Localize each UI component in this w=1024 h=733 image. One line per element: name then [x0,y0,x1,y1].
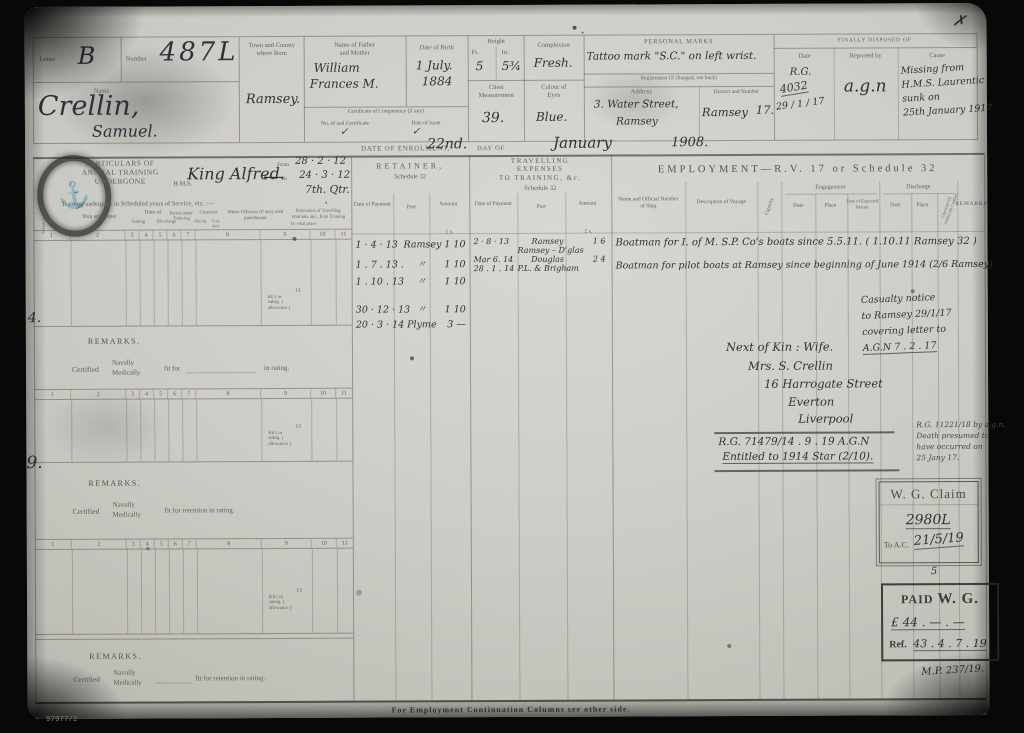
enrolment-year: 1908. [671,135,708,150]
allowance-text-2: subsg. ) [268,436,283,441]
retainer-amount: 1 10 [440,259,466,270]
allowance-text-1: Kit ( or [269,595,283,600]
casualty-line-3: covering letter to [862,324,946,338]
grid-line [155,550,156,634]
retainer-port: Ramsey [403,239,439,250]
retainer-date: 1 . 7 . 13 . [356,259,404,270]
grid-line [140,400,141,462]
fit-for-label-1: fit for [164,364,180,372]
letter-value: B [78,42,96,70]
column-number: 6 [169,539,183,548]
navally-label-1: Navally [112,359,134,367]
father-value: William [314,61,360,75]
travelling-col-amount: Amount [569,201,605,208]
grid-line [262,549,263,633]
certificate-sub-2: Date of Issue [387,120,465,127]
cause-line-1: Missing from [900,62,964,77]
address-value-1: 3. Water Street, [594,98,679,110]
retainer-schedule: Schedule 32 [351,173,469,181]
travelling-title-2: EXPENSES [517,165,564,173]
engagement-col-place: Place [815,203,845,210]
column-number: 4 [141,540,155,549]
certificate-label: Certificate of Competency (if any) [305,108,467,115]
allowance-text-1: Kit ( or [268,431,282,436]
employment-row-1-note: ( 1.10.11 Ramsey 32 ) [865,236,976,247]
allowance-text: Kit ( or subsg. ) allowance } [268,294,328,312]
certified-label-1: Certified [72,365,99,374]
column-number: 2 [72,540,127,549]
divider-retainer-travelling [469,155,472,700]
nok-line-5: Liverpool [798,411,853,425]
travelling-title-1: TRAVELLING [511,157,569,165]
training-title-1: PARTICULARS OF [86,159,155,168]
grid-line [260,240,261,325]
column-number: 10 [311,389,336,398]
travelling-col-date: Date of Payment [473,201,513,208]
grid-line [337,549,338,633]
col-ship-depot: Ship and Depot [73,214,125,221]
cause-line-4: 25th January 1917. [903,102,996,118]
travelling-port: Ramsey – D'glas [517,246,577,255]
wg-claim-rule [880,504,978,505]
travelling-date: 2 · 8 · 13 [473,237,517,246]
retainer-entries: 1 · 4 · 13Ramsey1 10 1 . 7 . 13 .〃1 10 1… [355,239,467,349]
retainer-date: 20 · 3 · 14 [356,319,404,330]
casualty-line-1: Casualty notice [861,292,936,306]
eyes-label-1: Colour of [541,84,566,91]
district-label: District and Number [700,89,773,96]
column-number: 8 [196,389,261,398]
travelling-amount: 2 4 [578,255,606,264]
navally-label-3: Navally [113,669,135,677]
header-grid: Letter B Number 487L Name Crellin, Samue… [33,33,978,144]
grid-line [126,400,127,462]
dob-value-1: 1 July. [416,58,453,72]
address-label: Address [585,88,698,96]
column-number: 8 [197,539,262,548]
paid-ref-label: Ref. [889,639,907,650]
margin-mark-9: 9. [26,453,42,473]
fit-retention-label-2: fit for retention in rating. [165,506,235,515]
column-number: 4 [139,231,153,240]
grid-line [336,399,337,461]
casualty-line-2: to Ramsey 29/1/17 [861,307,951,322]
retainer-row: 1 . 7 . 13 .〃1 10 [356,256,466,270]
column-number: 3 [125,231,139,240]
complexion-label: Complexion [525,42,583,50]
fit-blank-line-3 [155,682,191,683]
column-number: 2 [71,390,126,399]
allowance-note-2: 13 Kit ( or subsg. ) allowance } [268,424,328,448]
engagement-underline [785,193,877,194]
district-number: 17. [756,103,774,117]
grid-line [197,549,198,633]
wg-claim-title: W. G. Claim [880,486,978,502]
born-label: Town and County where Born [240,42,304,58]
column-number: 10 [312,539,337,548]
retainer-amount: 3 — [440,319,466,330]
grid-line [195,240,196,325]
wg-claim-box: W. G. Claim 2980L To A.C. 21/5/19 [879,481,979,563]
retainer-amount: 1 10 [439,239,465,250]
retainer-row: 1 . 10 . 13〃1 10 [356,273,466,287]
travelling-port: P.L. & Brigham [518,264,578,273]
header-divider [121,38,122,82]
column-number: 5 [153,230,167,239]
retainer-date: 1 · 4 · 13 [355,239,403,250]
mother-value: Frances M. [310,77,379,91]
paid-outside-note: M.P. 237/19. [921,663,984,678]
column-number: 5 [154,389,168,398]
fit-retention-label-3: fit for retention in rating. [195,674,265,683]
grid-line [72,550,73,634]
retainer-amount: 1 10 [440,276,466,287]
allowance-text-2: subsg. ) [268,300,283,305]
retainer-date: 30 · 12 · 13 [356,304,404,315]
record-card-paper: Letter B Number 487L Name Crellin, Samue… [24,3,989,719]
retainer-port: Plyme [404,319,440,330]
column-number: 3 [127,540,141,549]
column-number: 7 [183,539,197,548]
allowance-text-1: Kit ( or [268,295,282,300]
employment-row-2: Boatman for pilot boats at Ramsey since … [616,259,993,272]
employment-grp-engagement: Engagement [783,184,877,192]
remarks-heading-2: REMARKS. [89,479,142,489]
grid-line [167,240,168,325]
margin-note-line-2: Death presumed to [916,431,989,440]
col-period: Period under Train-ing [168,210,194,221]
retainer-port: 〃 [404,273,440,287]
enrolment-day: 22nd. [427,136,467,152]
margin-note-line-4: 25 Jany 17. [916,453,959,462]
navally-label-2: Navally [113,501,135,509]
col-to-place: To what place [287,221,319,227]
column-number: 1 [34,390,71,399]
parents-label: Name of Father and Mother [305,41,405,57]
footer-text: For Employment Continuation Columns see … [392,704,631,714]
eyes-label: Colour of Eyes [525,84,583,100]
parents-label-2: and Mother [340,49,370,56]
employment-col-remarks: Remarks [955,201,984,208]
born-label-1: Town and County [248,42,295,49]
wg-label: W. G. [937,591,979,607]
medically-label-2: Medically [113,511,141,520]
paid-wg-box: PAID W. G. £ 44 . — . — Ref. 43 . 4 . 7 … [881,583,999,662]
col-joining: Joining [125,219,151,225]
column-number: 6 [167,230,181,239]
column-number: 11 [335,230,351,239]
remarks-heading-1: REMARKS. [88,337,141,347]
employment-col-capacity: Capacity [762,192,778,222]
travelling-port: Ramsey [517,237,577,246]
reported-by-value: a.g.n [844,76,887,96]
travelling-date: 28 . 1 . 14 [474,264,518,273]
paid-ref-value: 43 . 4 . 7 . 19 [913,637,987,651]
note-line-2: Entitled to 1914 Star (2/10). [722,450,873,464]
allowance-note-1: 13 Kit ( or subsg. ) allowance } [268,288,328,312]
address-value-2: Ramsey [616,115,658,127]
margin-note-line-1: R.G. 11221/18 by a.g.n. [916,420,1006,429]
number-value: 487L [160,37,239,67]
dob-label: Date of Birth [407,44,467,52]
disposed-rg: R.G. [790,67,812,78]
grid-line [139,241,140,326]
eyes-value: Blue. [536,110,567,124]
disposed-number: 4032 [779,79,809,97]
header-line [34,81,239,83]
column-number: 1 [33,231,70,240]
marks-label: Personal Marks [585,38,773,47]
scanned-record-card: Letter B Number 487L Name Crellin, Samue… [0,0,1024,733]
column-number: 2 [70,231,125,240]
disposed-date: 29 / 1 / 17 [775,96,825,113]
fit-for-blank-line [186,372,256,373]
column-number: 8 [195,230,260,239]
travelling-date: Mar 6. 14 [474,255,518,264]
height-ft-value: 5 [476,59,484,73]
nok-line-3: 16 Harrogate Street [764,376,883,391]
enrolment-month: January [553,134,612,152]
grid-line [70,241,71,326]
cause-label: Cause [900,52,975,60]
allowance-text: Kit ( or subsg. ) allowance } [268,430,328,448]
discharge-underline [883,193,955,194]
ink-specks [24,7,26,9]
employment-row-1: Boatman for I. of M. S.P. Co's boats sin… [615,236,862,248]
chest-label-1: Chest [489,84,504,91]
grid-line [181,240,182,325]
chest-value: 39. [482,110,504,126]
note-bottom-rule [714,469,899,471]
reported-by-label: Reported by [836,52,896,60]
grid-line [71,400,72,462]
column-number: 3 [126,390,140,399]
allowance-text-2: subsg. ) [269,600,284,605]
medically-label-1: Medically [112,369,140,378]
training-title: PARTICULARS OF ANNUAL TRAINING UNDERGONE [65,158,175,185]
born-value: Ramsey. [246,92,300,107]
travelling-port: Douglas [518,255,578,264]
col-warrants: Particulars of Travelling Warrants, &c.,… [287,208,349,219]
height-in-label: In. [502,49,509,57]
employment-col-voyage: Description of Voyage [689,199,753,206]
employment-col-ship: Name and Official Number of Ship [615,196,681,209]
born-label-2: where Born [256,50,287,57]
number-label: Number [126,56,147,64]
paid-label: PAID [901,592,934,606]
retainer-col-amount: Amount [431,201,465,208]
certified-label-2: Certified [73,507,100,516]
column-number: 1 [35,540,72,549]
allowance-text: Kit ( or subsg. ) allowance } [269,594,329,612]
retainer-port: 〃 [404,256,440,270]
certificate-tick-2: ✓ [412,126,420,137]
wg-claim-number: 2980L [906,512,951,529]
from-label: From [277,162,289,169]
col-character: Character [193,209,223,215]
header-divider [496,46,497,80]
margin-note: R.G. 11221/18 by a.g.n. Death presumed t… [916,419,1006,463]
column-number: 11 [336,389,352,398]
paid-wg-title: PAID W. G. [883,590,997,608]
travelling-amount: 1 6 [577,237,605,246]
grid-line [182,399,183,461]
retainer-col-date: Date of Payment [353,202,391,209]
travelling-row: 28 . 1 . 14P.L. & Brigham [474,264,606,274]
column-number: 5 [155,539,169,548]
retainer-port: 〃 [404,301,440,315]
note-line-1: R.G. 71479/14 . 9 . 19 A.G.N [718,435,869,448]
note-top-rule [714,431,894,433]
column-number: 9 [260,230,310,239]
margin-mark-4: 4. [28,310,41,326]
nok-line-2: Mrs. S. Crellin [748,359,833,373]
letter-label: Letter [40,56,56,64]
training-title-2: ANNUAL TRAINING [82,168,159,177]
column-number: 9 [261,389,311,398]
allowance-note-3: 13 Kit ( or subsg. ) allowance } [269,588,329,612]
col-conduct: Con-duct [208,218,223,228]
surname-value: Crellin, [38,91,140,122]
casualty-note: Casualty notice to Ramsey 29/1/17 coveri… [861,290,954,357]
in-rating-label-1: in rating. [264,364,289,373]
travelling-entries: 2 · 8 · 13Ramsey1 6 Ramsey – D'glas Mar … [473,237,609,286]
discharge-col-place: Place [909,202,935,209]
column-number: 10 [310,230,335,239]
pencil-cross-mark: ✗ [951,10,967,31]
grid-line [261,399,262,461]
grid-line [127,550,128,634]
grid-line [168,399,169,461]
margin-note-line-3: have occurred on [916,442,982,451]
chest-label: Chest Measurement [469,84,524,100]
cause-value: Missing from H.M.S. Laurentic sunk on 25… [900,59,996,120]
column-number: 4 [140,390,154,399]
travelling-col-port: Port [523,204,559,211]
travelling-schedule: Schedule 32 [469,185,611,193]
column-number: 6 [168,389,182,398]
retainer-row: 30 · 12 · 13〃1 10 [356,301,466,315]
employment-title: EMPLOYMENT—R.V. 17 or Schedule 32 [611,163,984,177]
nok-line-1: Next of Kin : Wife. [726,340,833,354]
grid-line [154,400,155,462]
grid-line [169,549,170,633]
dob-value-2: 1884 [422,74,453,88]
retainer-row: 20 · 3 · 14Plyme3 — [356,319,466,330]
cause-line-3: sunk on [902,92,940,105]
height-ft-label: Ft. [472,49,479,57]
scan-imprint: 97977/2 [46,716,78,724]
travelling-title: TRAVELLING EXPENSES TO TRAINING, &c. [469,157,611,183]
retainer-date: 1 . 10 . 13 [356,276,404,287]
grid-line [125,241,126,326]
grid-line [141,550,142,634]
retainer-title: RETAINER, [351,161,469,171]
grid-line [196,399,197,461]
grid-line [335,240,336,325]
allowance-text-3: allowance } [269,606,292,611]
travelling-title-3: TO TRAINING, &c. [499,173,582,181]
casualty-line-4: A.G.N 7 . 2 . 17 [863,340,937,355]
wg-claim-date: 21/5/19 [913,530,964,550]
col-ability: Abi-lity [193,218,207,223]
training-qtr: 7th. Qtr. [305,184,349,196]
column-number: 11 [337,539,353,548]
column-number: 7 [181,230,195,239]
cause-line-2: H.M.S. Laurentic [901,75,984,91]
allowance-text-3: allowance } [268,306,291,311]
forename-value: Samuel. [92,122,158,141]
record-form: Letter B Number 487L Name Crellin, Samue… [24,3,989,719]
grid-line [310,240,311,325]
chest-label-2: Measurement [479,92,514,99]
nok-line-4: Everton [788,395,834,409]
header-divider [774,35,775,140]
certified-label-3: Certified [73,675,100,684]
header-divider [898,47,899,139]
medically-label-3: Medically [113,679,141,688]
enrolment-dayof-label: day of [477,145,505,153]
engagement-col-date: Date [783,203,813,210]
complexion-value: Fresh. [534,56,573,70]
retainer-row: 1 · 4 · 13Ramsey1 10 [355,239,465,250]
header-line [524,80,584,81]
remarks-heading-3: REMARKS. [89,652,142,662]
certificate-tick-1: ✓ [340,127,348,138]
training-from: 28 · 2 · 12 [295,156,346,167]
column-number: 9 [262,539,312,548]
height-in-value: 5¾ [502,59,521,73]
retainer-col-port: Port [395,204,427,211]
retainer-amount: 1 10 [440,304,466,315]
height-label: Height [469,38,524,46]
disposed-date-label: Date [778,53,832,61]
column-number: 7 [182,389,196,398]
header-divider [834,48,835,140]
district-value: Ramsey [702,105,748,119]
training-title-3: UNDERGONE [95,177,146,186]
marks-value: Tattoo mark "S.C." on left wrist. [587,50,757,63]
grid-line [153,241,154,326]
allowance-text-3: allowance } [268,442,291,447]
disposed-label: Finally Disposed of [775,37,975,44]
training-double-rule [35,638,353,640]
discharge-col-character: Character (a) Ability (b) Conduct [938,190,959,225]
registration-label: Registration (if changed, see back) [585,75,773,82]
header-line [468,80,524,81]
training-grid-1 [33,240,351,327]
wg-claim-below-mark: 5 [931,566,937,577]
wg-claim-to-label: To A.C. [884,540,909,549]
header-line [774,47,977,49]
grid-line [183,549,184,633]
discharge-col-date: Date [881,202,909,209]
col-offences: Minor Offences (if any) with punishment [225,210,285,222]
engagement-col-expected: Date of Expected Return [845,198,879,209]
parents-label-1: Name of Father [334,42,375,49]
training-to: 24 · 3 · 12 [299,170,350,181]
to-label: To [281,176,287,183]
employment-grp-discharge: Discharge [881,184,955,192]
eyes-label-2: Eyes [547,92,560,99]
divider-travelling-employment [611,155,614,700]
paid-amount: £ 44 . — . — [891,615,965,630]
footer-strip: For Employment Continuation Columns see … [35,698,986,719]
